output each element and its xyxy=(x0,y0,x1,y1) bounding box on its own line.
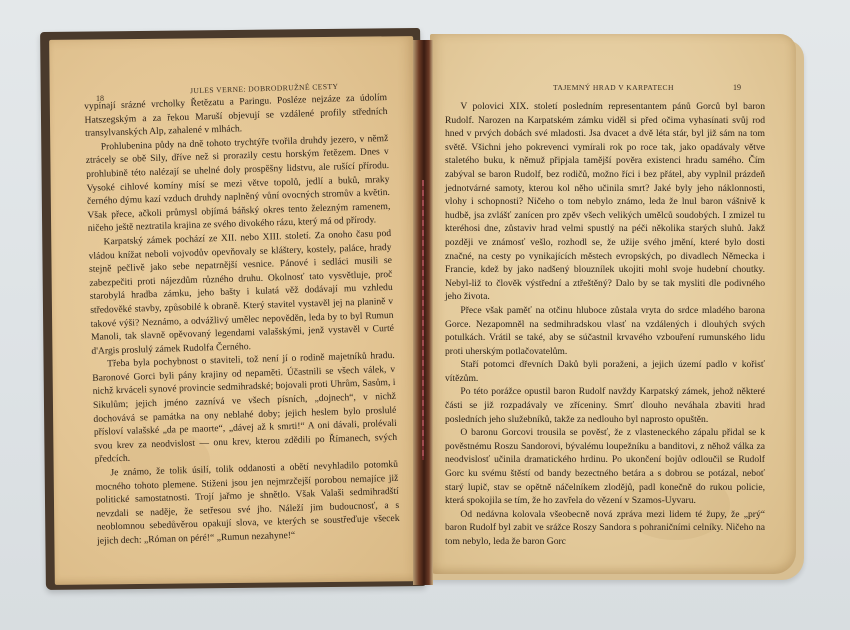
right-page-number: 19 xyxy=(733,83,741,92)
paragraph: Prohlubenina půdy na dně tohoto trychtýř… xyxy=(85,132,391,236)
paragraph: Po této porážce opustil baron Rudolf nav… xyxy=(445,385,765,426)
paragraph: Od nedávna kolovala všeobecně nová zpráv… xyxy=(445,508,765,549)
paragraph: Je známo, že tolik úsilí, tolik oddanost… xyxy=(95,458,400,549)
paragraph: O baronu Gorcovi trousila se pověsť, že … xyxy=(445,426,765,508)
photo-scene: 18 JULES VERNE: DOBRODRUŽNÉ CESTY vypína… xyxy=(0,0,850,630)
paragraph: V polovici XIX. století posledním repres… xyxy=(445,100,765,304)
right-page-body: V polovici XIX. století posledním repres… xyxy=(445,100,765,549)
paragraph: Třeba byla pochybnost o staviteli, tož n… xyxy=(92,349,398,467)
paragraph: Přece však paměť na otčinu hluboce zůsta… xyxy=(445,304,765,358)
left-page-body: vypínají srázné vrcholky Řetězatu a Pari… xyxy=(84,91,400,548)
paragraph: Karpatský zámek pochází ze XII. nebo XII… xyxy=(88,227,394,358)
right-running-head: TAJEMNÝ HRAD V KARPATECH xyxy=(553,83,674,92)
binding-thread xyxy=(422,180,424,460)
paragraph: Staří potomci dřevních Daků byli poražen… xyxy=(445,358,765,385)
